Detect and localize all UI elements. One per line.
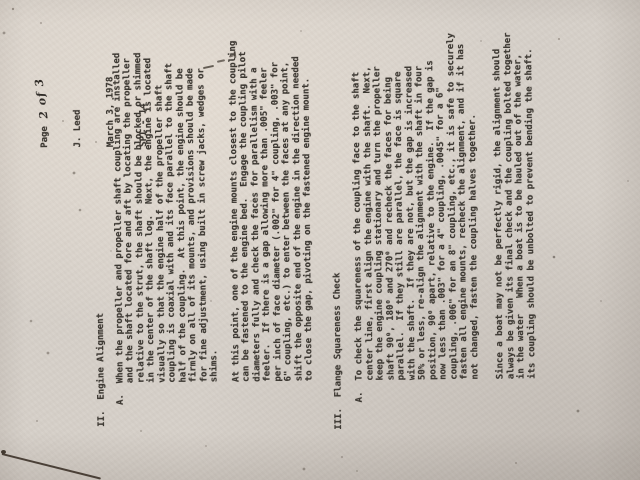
document-page: Page2 of 3 J. Leed March 3, 1978 SPI - 1… (0, 0, 640, 480)
section-iii-paragraph-2: Since a boat may not be perfectly rigid,… (492, 32, 538, 428)
page-label: Page (40, 126, 50, 148)
header-page-line: Page2 of 3 (37, 77, 51, 148)
photocopy-specks (0, 0, 2, 2)
pencil-mark-dot (1, 450, 6, 454)
document-body: II. Engine Alignment A. When the propell… (93, 32, 549, 432)
header-author: J. Leed (72, 77, 84, 148)
section-iii-heading: III. Flange Squareness Check (329, 34, 344, 430)
handwritten-page-number: 2 of 3 (33, 78, 49, 120)
section-ii-heading: II. Engine Alignment (93, 37, 108, 433)
section-ii-paragraph-a: A. When the propeller and propeller shaf… (111, 36, 220, 433)
document-photo: Page2 of 3 J. Leed March 3, 1978 SPI - 1… (0, 0, 640, 480)
section-iii-paragraph-a: A. To check the squareness of the coupli… (351, 33, 481, 430)
section-ii-paragraph-2: At this point, one of the engine mounts … (227, 35, 315, 431)
